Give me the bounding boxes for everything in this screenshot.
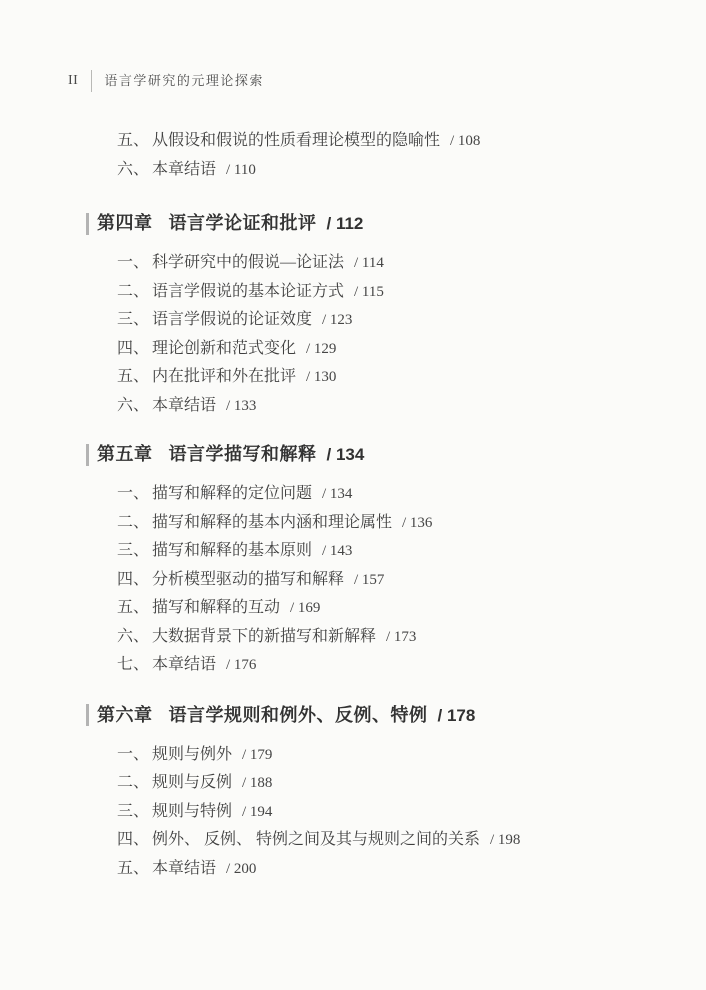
item-ordinal: 一、: [117, 249, 152, 278]
toc-item: 六、本章结语/ 133: [117, 392, 706, 421]
chapter-page-ref: / 134: [327, 442, 365, 467]
chapter-6-items: 一、规则与例外/ 179 二、规则与反例/ 188 三、规则与特例/ 194 四…: [0, 741, 706, 884]
toc-item: 一、规则与例外/ 179: [117, 741, 706, 770]
item-page-ref: / 200: [226, 861, 256, 877]
item-page-ref: / 108: [450, 133, 480, 149]
item-ordinal: 二、: [117, 769, 152, 798]
chapter-marker-bar: [86, 704, 89, 726]
item-title: 本章结语: [152, 397, 216, 414]
item-page-ref: / 114: [354, 255, 384, 271]
item-title: 语言学假说的论证效度: [152, 311, 312, 328]
toc-item: 五、描写和解释的互动/ 169: [117, 594, 706, 623]
item-page-ref: / 198: [490, 832, 520, 848]
toc-item: 五、本章结语/ 200: [117, 855, 706, 884]
item-title: 本章结语: [152, 161, 216, 178]
chapter-heading: 第六章 语言学规则和例外、反例、特例 / 178: [0, 703, 706, 728]
toc-item: 五、从假设和假说的性质看理论模型的隐喻性/ 108: [117, 127, 706, 156]
toc-item: 四、理论创新和范式变化/ 129: [117, 335, 706, 364]
toc-item: 六、本章结语/ 110: [117, 156, 706, 185]
item-ordinal: 七、: [117, 651, 152, 680]
item-page-ref: / 188: [242, 775, 272, 791]
toc-item: 三、规则与特例/ 194: [117, 798, 706, 827]
item-title: 理论创新和范式变化: [152, 340, 296, 357]
item-ordinal: 三、: [117, 306, 152, 335]
item-ordinal: 三、: [117, 537, 152, 566]
chapter-page-ref: / 178: [438, 703, 476, 728]
item-title: 大数据背景下的新描写和新解释: [152, 628, 376, 645]
item-page-ref: / 133: [226, 398, 256, 414]
item-ordinal: 五、: [117, 855, 152, 884]
toc-item: 一、科学研究中的假说—论证法/ 114: [117, 249, 706, 278]
item-title: 内在批评和外在批评: [152, 368, 296, 385]
item-ordinal: 二、: [117, 509, 152, 538]
chapter-title: 语言学描写和解释: [169, 442, 317, 467]
item-page-ref: / 176: [226, 657, 256, 673]
toc-item: 三、描写和解释的基本原则/ 143: [117, 537, 706, 566]
chapter-heading: 第五章 语言学描写和解释 / 134: [0, 442, 706, 467]
chapter-title: 语言学规则和例外、反例、特例: [169, 703, 428, 728]
item-title: 例外、 反例、 特例之间及其与规则之间的关系: [152, 831, 480, 848]
folio-number: II: [68, 70, 78, 92]
item-page-ref: / 173: [386, 629, 416, 645]
item-page-ref: / 179: [242, 747, 272, 763]
chapter-page-ref: / 112: [327, 211, 364, 236]
header-divider: [91, 70, 92, 92]
item-page-ref: / 129: [306, 341, 336, 357]
toc-item: 六、大数据背景下的新描写和新解释/ 173: [117, 623, 706, 652]
toc-item: 二、语言学假说的基本论证方式/ 115: [117, 278, 706, 307]
item-page-ref: / 123: [322, 312, 352, 328]
toc-item: 五、内在批评和外在批评/ 130: [117, 363, 706, 392]
item-page-ref: / 194: [242, 804, 272, 820]
toc-item: 七、本章结语/ 176: [117, 651, 706, 680]
item-page-ref: / 115: [354, 284, 384, 300]
toc-item: 一、描写和解释的定位问题/ 134: [117, 480, 706, 509]
chapter-label: 第六章: [97, 703, 153, 728]
item-page-ref: / 136: [402, 515, 432, 531]
toc-item: 二、描写和解释的基本内涵和理论属性/ 136: [117, 509, 706, 538]
chapter-5-section: 第五章 语言学描写和解释 / 134 一、描写和解释的定位问题/ 134 二、描…: [0, 442, 706, 680]
item-title: 描写和解释的定位问题: [152, 485, 312, 502]
chapter-label: 第四章: [97, 211, 153, 236]
item-ordinal: 五、: [117, 127, 152, 156]
item-ordinal: 四、: [117, 566, 152, 595]
item-title: 规则与反例: [152, 774, 232, 791]
chapter-heading: 第四章 语言学论证和批评 / 112: [0, 211, 706, 236]
item-page-ref: / 169: [290, 600, 320, 616]
item-ordinal: 四、: [117, 826, 152, 855]
item-ordinal: 一、: [117, 741, 152, 770]
chapter-title: 语言学论证和批评: [169, 211, 317, 236]
item-ordinal: 五、: [117, 594, 152, 623]
chapter-6-section: 第六章 语言学规则和例外、反例、特例 / 178 一、规则与例外/ 179 二、…: [0, 703, 706, 884]
item-title: 规则与例外: [152, 746, 232, 763]
item-page-ref: / 143: [322, 543, 352, 559]
chapter-5-items: 一、描写和解释的定位问题/ 134 二、描写和解释的基本内涵和理论属性/ 136…: [0, 480, 706, 680]
item-title: 本章结语: [152, 860, 216, 877]
chapter-marker-bar: [86, 444, 89, 466]
item-title: 分析模型驱动的描写和解释: [152, 571, 344, 588]
item-ordinal: 一、: [117, 480, 152, 509]
item-page-ref: / 110: [226, 162, 256, 178]
item-page-ref: / 134: [322, 486, 352, 502]
toc-page: II 语言学研究的元理论探索 五、从假设和假说的性质看理论模型的隐喻性/ 108…: [0, 0, 706, 990]
running-title: 语言学研究的元理论探索: [104, 70, 264, 92]
item-title: 描写和解释的基本原则: [152, 542, 312, 559]
toc-item: 三、语言学假说的论证效度/ 123: [117, 306, 706, 335]
table-of-contents: 五、从假设和假说的性质看理论模型的隐喻性/ 108 六、本章结语/ 110 第四…: [0, 127, 706, 883]
item-ordinal: 六、: [117, 392, 152, 421]
toc-item: 四、分析模型驱动的描写和解释/ 157: [117, 566, 706, 595]
chapter-4-section: 第四章 语言学论证和批评 / 112 一、科学研究中的假说—论证法/ 114 二…: [0, 211, 706, 420]
item-ordinal: 二、: [117, 278, 152, 307]
toc-item: 四、例外、 反例、 特例之间及其与规则之间的关系/ 198: [117, 826, 706, 855]
item-ordinal: 六、: [117, 623, 152, 652]
item-title: 规则与特例: [152, 803, 232, 820]
item-title: 描写和解释的基本内涵和理论属性: [152, 514, 392, 531]
page-header: II 语言学研究的元理论探索: [0, 0, 706, 92]
chapter-4-items: 一、科学研究中的假说—论证法/ 114 二、语言学假说的基本论证方式/ 115 …: [0, 249, 706, 420]
item-ordinal: 三、: [117, 798, 152, 827]
item-title: 描写和解释的互动: [152, 599, 280, 616]
item-title: 语言学假说的基本论证方式: [152, 283, 344, 300]
item-page-ref: / 157: [354, 572, 384, 588]
chapter-marker-bar: [86, 213, 89, 235]
toc-item: 二、规则与反例/ 188: [117, 769, 706, 798]
item-ordinal: 四、: [117, 335, 152, 364]
item-title: 科学研究中的假说—论证法: [152, 254, 344, 271]
item-ordinal: 六、: [117, 156, 152, 185]
item-title: 本章结语: [152, 656, 216, 673]
leading-section-items: 五、从假设和假说的性质看理论模型的隐喻性/ 108 六、本章结语/ 110: [0, 127, 706, 184]
item-ordinal: 五、: [117, 363, 152, 392]
item-page-ref: / 130: [306, 369, 336, 385]
item-title: 从假设和假说的性质看理论模型的隐喻性: [152, 132, 440, 149]
chapter-label: 第五章: [97, 442, 153, 467]
